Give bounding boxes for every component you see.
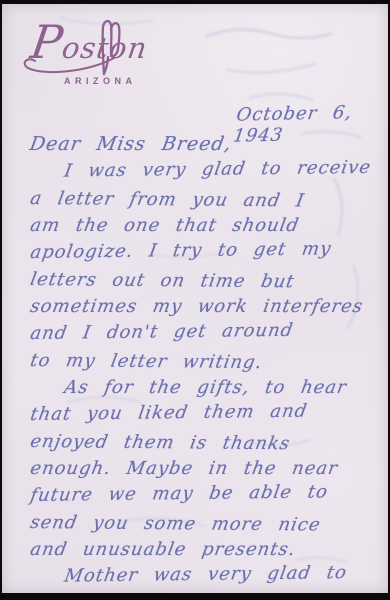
letter-line: a letter from you and I [28,188,376,218]
letter-line: letters out on time but [28,269,376,299]
letter-salutation: Dear Miss Breed, [28,133,234,155]
letter-line: to my letter writing. [28,350,376,380]
letterhead-flourish-swash [18,52,128,78]
letter-line: I was very glad to receive [28,157,377,188]
letter-paper: Poston ARIZONA October 6, 1943 Dear Miss… [2,4,388,593]
letterhead-subtitle: ARIZONA [64,76,137,86]
letter-date: October 6, 1943 [232,101,388,146]
letter-line: future we may be able to [28,481,377,512]
letter-body: I was very glad to receive a letter from… [30,161,374,593]
letterhead: Poston ARIZONA [26,16,166,96]
letter-line: that you liked them and [28,400,377,431]
letter-line: Mother was very glad to [28,562,377,593]
letter-line: enjoyed them is thanks [28,431,376,461]
letter-line: send you some more nice [28,512,376,542]
letter-line: apologize. I try to get my [28,238,377,269]
letter-line: and I don't get around [28,319,377,350]
scanned-letter-page: Poston ARIZONA October 6, 1943 Dear Miss… [0,0,390,600]
